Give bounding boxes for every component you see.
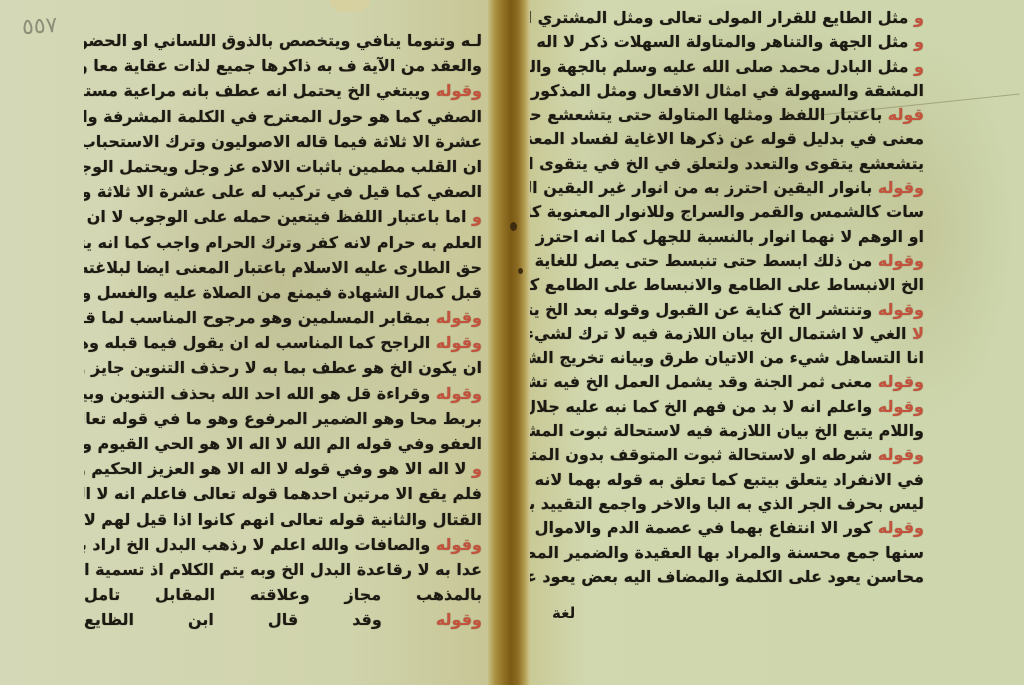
page-tab [330, 0, 370, 12]
line-text: ليس بحرف الجر الذي به البا والاخر واجمع … [530, 494, 924, 513]
line-text: من ذلك ابسط حتى تنبسط حتى يصل للغاية اي … [530, 251, 872, 270]
line-text: شرطه او لاستحالة ثبوت المتوقف بدون المتو… [530, 445, 872, 464]
manuscript-spread: ٥٥٧ لـه وتنوما ينافي ويتخصص بالذوق اللسا… [0, 0, 1024, 685]
line-text: كور الا انتفاع بهما في عصمة الدم والاموا… [530, 518, 872, 537]
manuscript-line: وقوله والصافات والله اعلم لا رذهب البدل … [84, 532, 482, 557]
manuscript-line: يتشعشع يتقوى والتعدد ولتعلق في الخ في يت… [530, 152, 924, 176]
manuscript-line: و مثل البادل محمد صلى الله عليه وسلم بال… [530, 55, 924, 79]
manuscript-line: الخ الانبساط على الطامع والانبساط على ال… [530, 273, 924, 297]
manuscript-line: قبل كمال الشهادة فيمنع من الصلاة عليه وا… [84, 280, 482, 305]
manuscript-line: العفو وفي قوله الم الله لا اله الا هو ال… [84, 431, 482, 456]
rubric-word: وقوله [436, 610, 482, 629]
line-text: باعتبار اللفظ ومثلها المتاولة حتى يتشعشع… [530, 105, 882, 124]
manuscript-line: و مثل الطايع للقرار المولى تعالى ومثل ال… [530, 6, 924, 30]
manuscript-line: حق الطارى عليه الاسلام باعتبار المعنى اي… [84, 255, 482, 280]
rubric-word: وقوله [436, 308, 482, 327]
manuscript-line: ان يكون الخ هو عطف بما به لا رحذف التنوي… [84, 355, 482, 380]
line-text: والصافات والله اعلم لا رذهب البدل الخ ار… [84, 535, 430, 554]
manuscript-line: وقوله ويبتغي الخ يحتمل انه عطف بانه مراع… [84, 78, 482, 103]
manuscript-line: لـه وتنوما ينافي ويتخصص بالذوق اللساني ا… [84, 28, 482, 53]
manuscript-line: العلم به حرام لانه كفر وترك الحرام واجب … [84, 230, 482, 255]
rubric-word: و [914, 32, 924, 51]
rubric-word: وقوله [436, 333, 482, 352]
line-text: لـه وتنوما ينافي ويتخصص بالذوق اللساني ا… [84, 31, 482, 50]
line-text: ويبتغي الخ يحتمل انه عطف بانه مراعية مست… [84, 81, 430, 100]
manuscript-line: و اما باعتبار اللفظ فيتعين حمله على الوج… [84, 204, 482, 229]
line-text: عدا به لا رقاعدة البدل الخ وبه يتم الكلا… [84, 560, 482, 579]
manuscript-line: او الوهم لا نهما انوار بالنسبة للجهل كما… [530, 225, 924, 249]
rubric-word: وقوله [878, 178, 924, 197]
folio-number: ٥٥٧ [21, 13, 58, 40]
rubric-word: و [472, 459, 482, 478]
manuscript-line: لا الغي لا اشتمال الخ بيان اللازمة فيه ل… [530, 322, 924, 346]
manuscript-line: فلم يقع الا مرتين احدهما قوله تعالى فاعل… [84, 481, 482, 506]
line-text: الصفي كما هو حول المعترح في الكلمة المشر… [84, 107, 482, 126]
line-text: والعقد من الآية ف به ذاكرها جميع لذات عق… [84, 56, 482, 75]
rubric-word: وقوله [436, 81, 482, 100]
line-text: واللام يتبع الخ بيان اللازمة فيه لاستحال… [530, 421, 924, 440]
manuscript-line: الصفي كما قيل في تركيب له على عشرة الا ث… [84, 179, 482, 204]
manuscript-line: واللام يتبع الخ بيان اللازمة فيه لاستحال… [530, 419, 924, 443]
rubric-word: وقوله [436, 384, 482, 403]
manuscript-line: عشرة الا ثلاثة فيما قاله الاصوليون وترك … [84, 129, 482, 154]
line-text: بربط محا وهو الضمير المرفوع وهو ما في قو… [84, 409, 482, 428]
manuscript-line: معنى في بدليل قوله عن ذكرها الاغاية لفسا… [530, 127, 924, 151]
line-text: بالمذهب مجاز وعلاقته المقابل تامل [84, 585, 482, 604]
line-text: الخ الانبساط على الطامع والانبساط على ال… [530, 275, 924, 294]
rubric-word: وقوله [878, 445, 924, 464]
manuscript-line: في الانفراد يتعلق بيتبع كما تعلق به قوله… [530, 468, 924, 492]
rubric-word: و [914, 57, 924, 76]
manuscript-line: وقوله بمقابر المسلمين وهو مرجوح المناسب … [84, 305, 482, 330]
line-text: قبل كمال الشهادة فيمنع من الصلاة عليه وا… [84, 283, 482, 302]
manuscript-line: وقوله من ذلك ابسط حتى تنبسط حتى يصل للغا… [530, 249, 924, 273]
line-text: الغي لا اشتمال الخ بيان اللازمة فيه لا ت… [530, 324, 907, 343]
line-text: لا اله الا هو وفي قوله لا اله الا هو الع… [84, 459, 466, 478]
catchword: لغة [552, 604, 575, 622]
manuscript-line: المشقة والسهولة في امثال الافعال ومثل ال… [530, 79, 924, 103]
line-text: يتشعشع يتقوى والتعدد ولتعلق في الخ في يت… [530, 154, 924, 173]
line-text: مثل الجهة والتناهر والمتاولة السهلات ذكر… [530, 32, 908, 51]
manuscript-line: بالمذهب مجاز وعلاقته المقابل تامل [84, 582, 482, 607]
manuscript-line: ان القلب مطمين باثبات الالاه عز وجل ويحت… [84, 154, 482, 179]
rubric-word: و [914, 8, 924, 27]
line-text: وقراءة قل هو الله احد الله بحذف التنوين … [84, 384, 430, 403]
line-text: ان يكون الخ هو عطف بما به لا رحذف التنوي… [84, 358, 482, 377]
line-text: انا التساهل شيء من الاتيان طرق وبيانه تخ… [530, 348, 924, 367]
line-text: المشقة والسهولة في امثال الافعال ومثل ال… [530, 81, 924, 100]
line-text: فلم يقع الا مرتين احدهما قوله تعالى فاعل… [84, 484, 482, 503]
manuscript-line: والعقد من الآية ف به ذاكرها جميع لذات عق… [84, 53, 482, 78]
rubric-word: وقوله [878, 251, 924, 270]
binding-hole [518, 268, 523, 274]
manuscript-line: وقوله معنى ثمر الجنة وقد يشمل العمل الخ … [530, 370, 924, 394]
manuscript-line: وقوله بانوار اليقين احترز به من انوار غي… [530, 176, 924, 200]
manuscript-line: ليس بحرف الجر الذي به البا والاخر واجمع … [530, 492, 924, 516]
manuscript-line: بربط محا وهو الضمير المرفوع وهو ما في قو… [84, 406, 482, 431]
line-text: العلم به حرام لانه كفر وترك الحرام واجب … [84, 233, 482, 252]
line-text: وقد قال ابن الظايع [84, 610, 382, 629]
manuscript-line: و لا اله الا هو وفي قوله لا اله الا هو ا… [84, 456, 482, 481]
rubric-word: وقوله [878, 397, 924, 416]
line-text: معنى ثمر الجنة وقد يشمل العمل الخ فيه تش… [530, 372, 872, 391]
manuscript-line: انا التساهل شيء من الاتيان طرق وبيانه تخ… [530, 346, 924, 370]
rubric-word: قوله [888, 105, 924, 124]
manuscript-line: محاسن يعود على الكلمة والمضاف اليه بعض ي… [530, 565, 924, 589]
line-text: العفو وفي قوله الم الله لا اله الا هو ال… [84, 434, 482, 453]
manuscript-line: قوله باعتبار اللفظ ومثلها المتاولة حتى ي… [530, 103, 924, 127]
line-text: سنها جمع محسنة والمراد بها العقيدة والضم… [530, 543, 924, 562]
manuscript-line: عدا به لا رقاعدة البدل الخ وبه يتم الكلا… [84, 557, 482, 582]
line-text: مثل البادل محمد صلى الله عليه وسلم بالجه… [530, 57, 908, 76]
rubric-word: وقوله [436, 535, 482, 554]
manuscript-line: وقوله وقد قال ابن الظايع [84, 607, 482, 632]
line-text: الراجح كما المناسب له ان يقول فيما قبله … [84, 333, 430, 352]
rubric-word: لا [912, 324, 924, 343]
rubric-word: وقوله [878, 372, 924, 391]
manuscript-line: وقوله شرطه او لاستحالة ثبوت المتوقف بدون… [530, 443, 924, 467]
rubric-word: وقوله [878, 300, 924, 319]
line-text: القتال والثانية قوله تعالى انهم كانوا اذ… [84, 510, 482, 529]
line-text: عشرة الا ثلاثة فيما قاله الاصوليون وترك … [84, 132, 482, 151]
manuscript-line: وقوله واعلم انه لا بد من فهم الخ كما نبه… [530, 395, 924, 419]
line-text: بمقابر المسلمين وهو مرجوح المناسب لما قب… [84, 308, 430, 327]
manuscript-line: و مثل الجهة والتناهر والمتاولة السهلات ذ… [530, 30, 924, 54]
line-text: محاسن يعود على الكلمة والمضاف اليه بعض ي… [530, 567, 924, 586]
rubric-word: و [472, 207, 482, 226]
line-text: وتنتشر الخ كناية عن القبول وقوله بعد الخ… [530, 300, 872, 319]
book-gutter [488, 0, 530, 685]
line-text: بانوار اليقين احترز به من انوار غير اليق… [530, 178, 872, 197]
line-text: اما باعتبار اللفظ فيتعين حمله على الوجوب… [84, 207, 466, 226]
right-page-text: و مثل الطايع للقرار المولى تعالى ومثل ال… [530, 6, 924, 589]
manuscript-line: القتال والثانية قوله تعالى انهم كانوا اذ… [84, 507, 482, 532]
manuscript-line: وقوله كور الا انتفاع بهما في عصمة الدم و… [530, 516, 924, 540]
manuscript-line: سات كالشمس والقمر والسراج وللانوار المعن… [530, 200, 924, 224]
left-page-text: لـه وتنوما ينافي ويتخصص بالذوق اللساني ا… [84, 28, 482, 633]
line-text: في الانفراد يتعلق بيتبع كما تعلق به قوله… [530, 470, 924, 489]
line-text: مثل الطايع للقرار المولى تعالى ومثل المش… [530, 8, 908, 27]
line-text: الصفي كما قيل في تركيب له على عشرة الا ث… [84, 182, 482, 201]
manuscript-line: وقوله الراجح كما المناسب له ان يقول فيما… [84, 330, 482, 355]
manuscript-line: وقوله وقراءة قل هو الله احد الله بحذف ال… [84, 381, 482, 406]
line-text: ان القلب مطمين باثبات الالاه عز وجل ويحت… [84, 157, 482, 176]
binding-hole [510, 222, 517, 231]
line-text: معنى في بدليل قوله عن ذكرها الاغاية لفسا… [530, 129, 924, 148]
rubric-word: وقوله [878, 518, 924, 537]
manuscript-line: الصفي كما هو حول المعترح في الكلمة المشر… [84, 104, 482, 129]
line-text: سات كالشمس والقمر والسراج وللانوار المعن… [530, 202, 924, 221]
manuscript-line: سنها جمع محسنة والمراد بها العقيدة والضم… [530, 541, 924, 565]
line-text: حق الطارى عليه الاسلام باعتبار المعنى اي… [84, 258, 482, 277]
manuscript-line: وقوله وتنتشر الخ كناية عن القبول وقوله ب… [530, 298, 924, 322]
line-text: واعلم انه لا بد من فهم الخ كما نبه عليه … [530, 397, 872, 416]
line-text: او الوهم لا نهما انوار بالنسبة للجهل كما… [530, 227, 924, 246]
